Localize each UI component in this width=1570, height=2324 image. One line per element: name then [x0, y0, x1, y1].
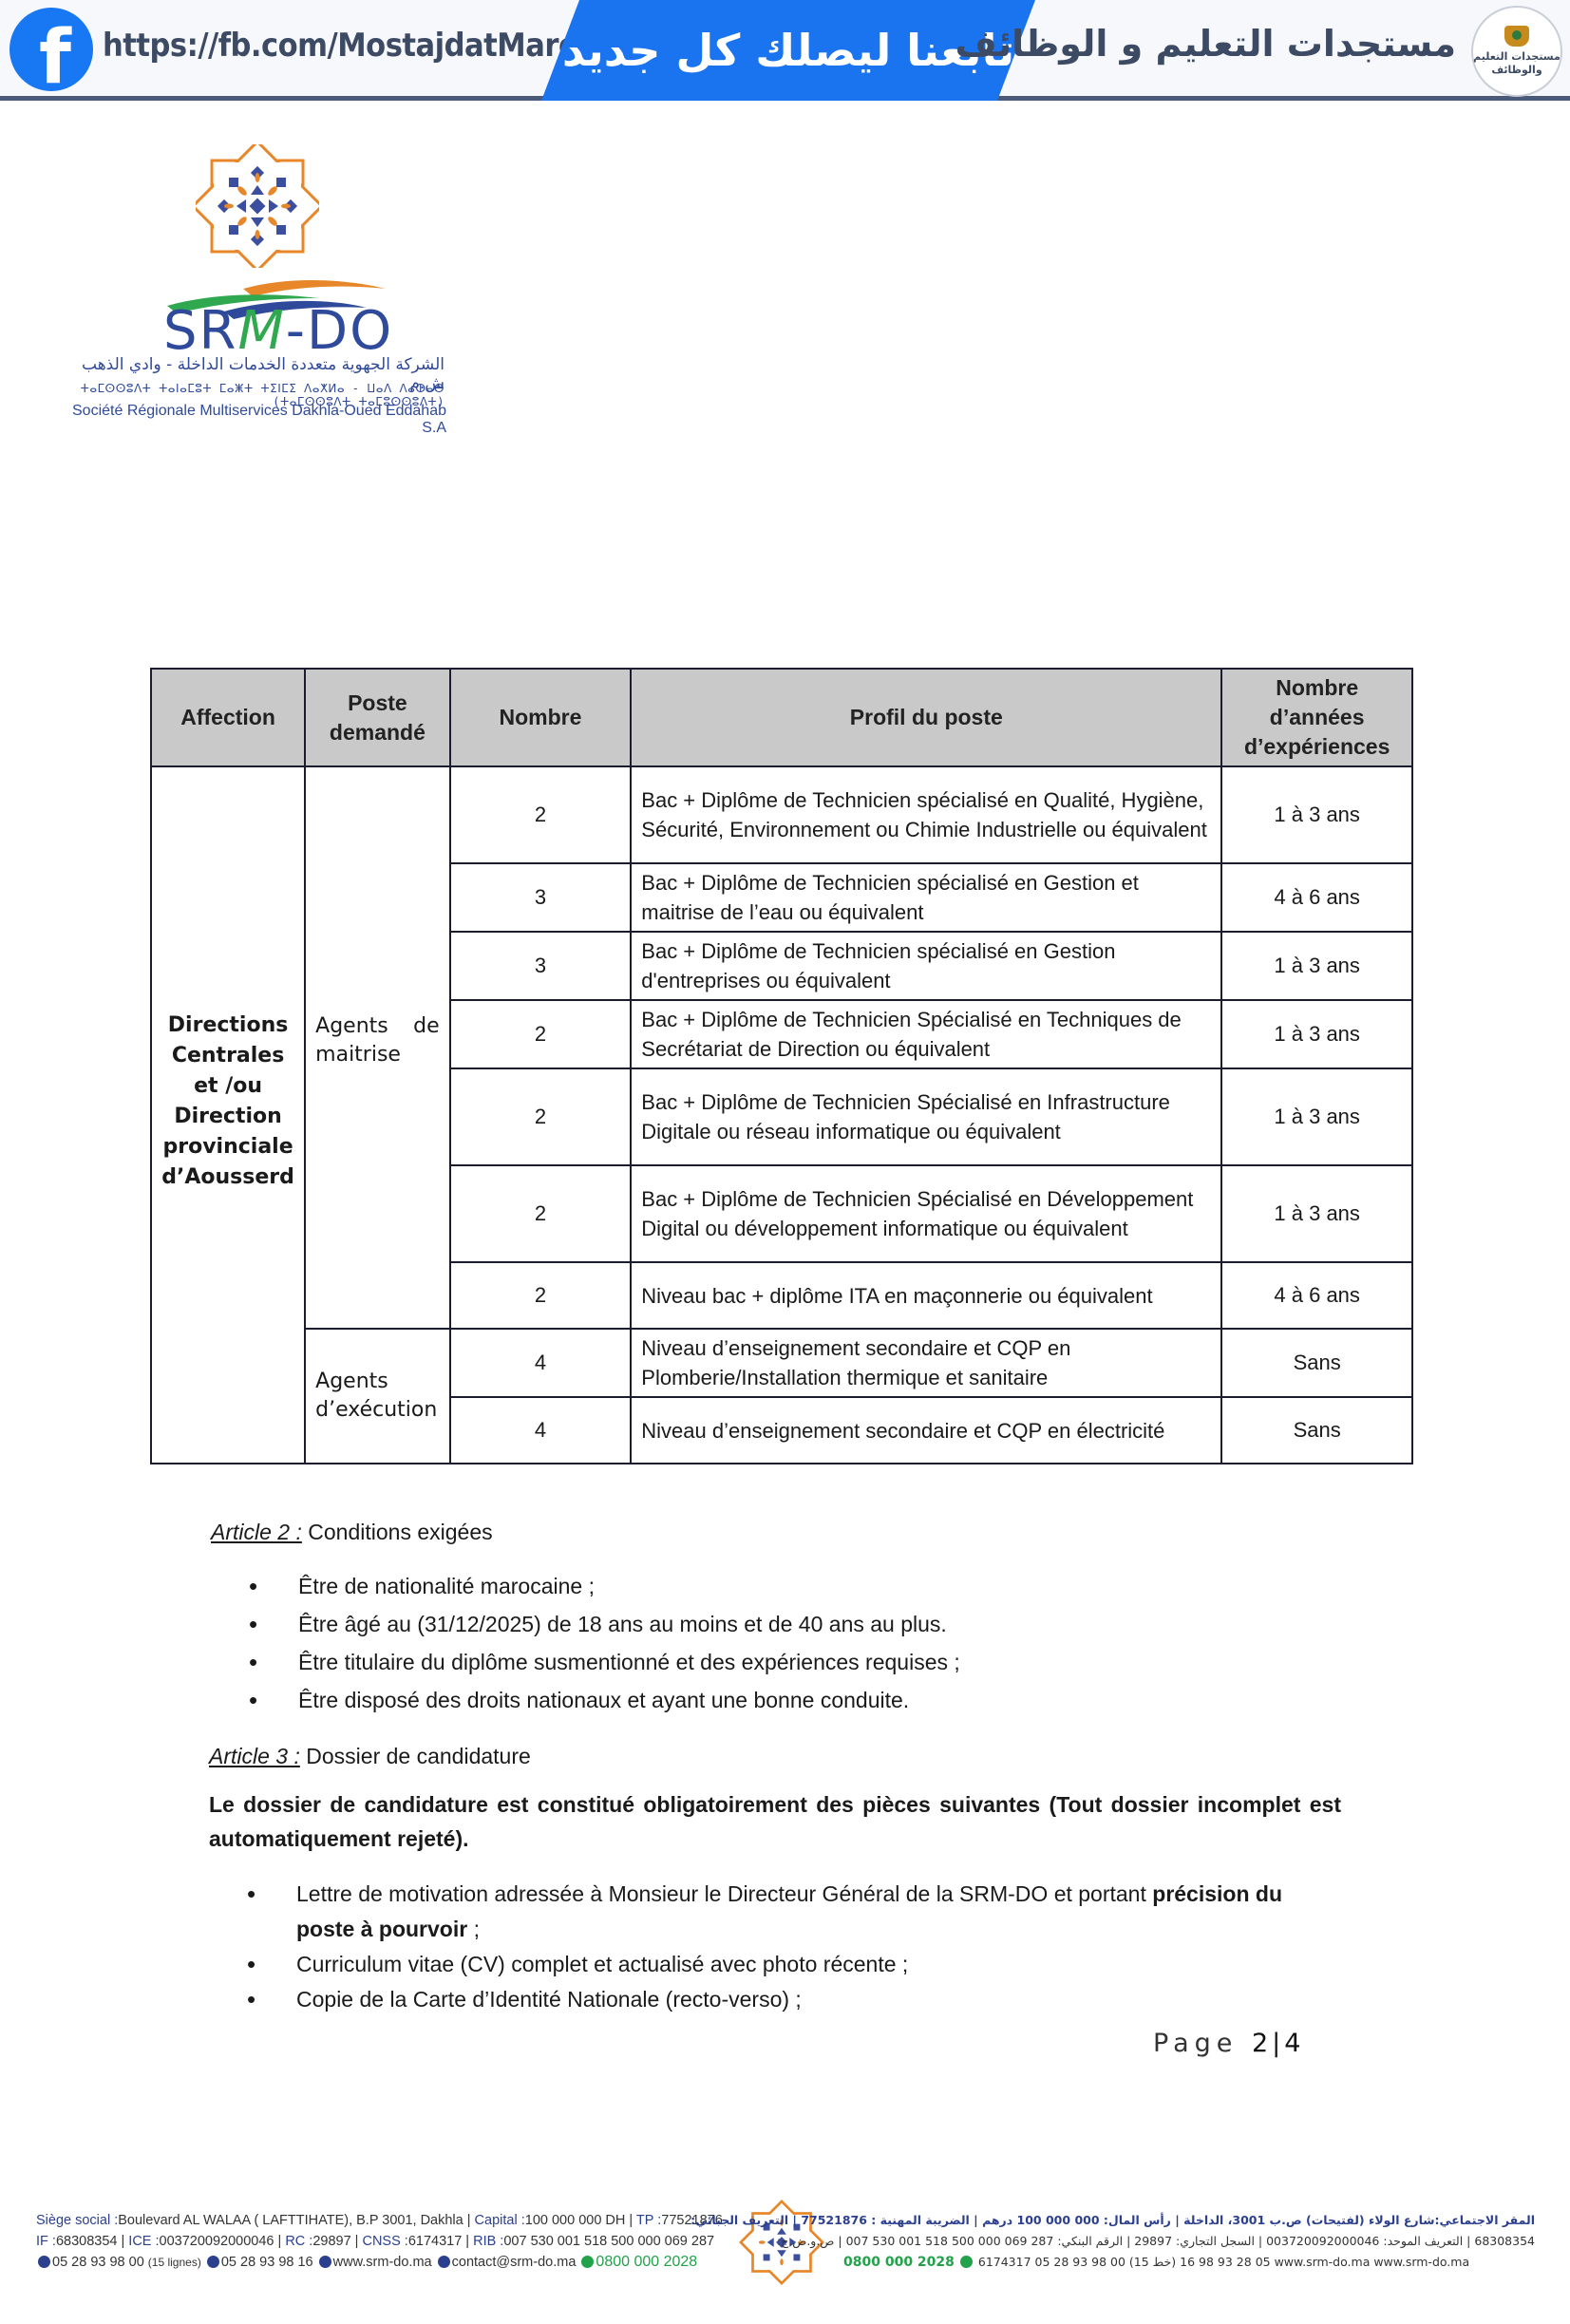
article-2-title: Article 2 : Conditions exigées	[211, 1516, 1341, 1548]
footer-ar-line-2: 68308354 | التعريف الموحد: 0037200920000…	[843, 2231, 1535, 2252]
profil-cell: Bac + Diplôme de Technicien spécialisé e…	[631, 932, 1221, 1000]
footer-line-3: 05 28 93 98 00 (15 lignes) 05 28 93 98 1…	[36, 2252, 720, 2273]
list-item: Être âgé au (31/12/2025) de 18 ans au mo…	[211, 1605, 1341, 1643]
footer-french: Siège social :Boulevard AL WALAA ( LAFTT…	[36, 2210, 720, 2273]
seal-text-line1: مستجدات التعليم	[1473, 50, 1561, 64]
job-positions-table: Affection Poste demandé Nombre Profil du…	[150, 668, 1413, 1464]
top-banner: f https://fb.com/MostajdatMaroc تابعنا ل…	[0, 0, 1570, 101]
profil-cell: Bac + Diplôme de Technicien spécialisé e…	[631, 766, 1221, 863]
email-link[interactable]: contact@srm-do.ma	[452, 2255, 577, 2270]
site-seal-logo: مستجدات التعليم والوظائف	[1471, 6, 1562, 97]
slogan-text: تابعنا ليصلك كل جديد	[562, 25, 1014, 76]
list-item: Être disposé des droits nationaux et aya…	[211, 1681, 1341, 1719]
profil-cell: Niveau d’enseignement secondaire et CQP …	[631, 1329, 1221, 1397]
profil-cell: Bac + Diplôme de Technicien Spécialisé e…	[631, 1000, 1221, 1068]
nombre-cell: 4	[450, 1329, 632, 1397]
profil-cell: Bac + Diplôme de Technicien Spécialisé e…	[631, 1068, 1221, 1165]
poste-cell: Agents de maitrise	[305, 766, 450, 1329]
footer-line-2: IF :68308354 | ICE :003720092000046 | RC…	[36, 2231, 720, 2252]
experience-cell: 1 à 3 ans	[1221, 1068, 1412, 1165]
nombre-cell: 2	[450, 1000, 632, 1068]
company-acronym: SRM-DO	[163, 300, 393, 362]
email-icon	[438, 2256, 450, 2268]
whatsapp-icon	[960, 2256, 973, 2268]
fax-icon	[207, 2256, 219, 2268]
profil-cell: Bac + Diplôme de Technicien spécialisé e…	[631, 863, 1221, 932]
table-row: Agents d’exécution4Niveau d’enseignement…	[151, 1329, 1412, 1397]
nombre-cell: 3	[450, 863, 632, 932]
footer-ar-line-1: المقر الاجتماعي:شارع الولاء (لفتيحات) ص.…	[843, 2210, 1535, 2231]
profil-cell: Niveau bac + diplôme ITA en maçonnerie o…	[631, 1262, 1221, 1329]
list-item: Être titulaire du diplôme susmentionné e…	[211, 1643, 1341, 1681]
facebook-url-link[interactable]: https://fb.com/MostajdatMaroc	[103, 27, 595, 65]
nombre-cell: 4	[450, 1397, 632, 1464]
experience-cell: 4 à 6 ans	[1221, 863, 1412, 932]
site-name: مستجدات التعليم و الوظائف	[955, 23, 1456, 65]
hotline-number[interactable]: 0800 000 2028	[596, 2254, 697, 2270]
article-2: Article 2 : Conditions exigées Être de n…	[211, 1516, 1341, 1719]
website-link[interactable]: www.srm-do.ma	[333, 2255, 432, 2270]
poste-cell: Agents d’exécution	[305, 1329, 450, 1464]
documents-list: Lettre de motivation adressée à Monsieur…	[209, 1877, 1341, 2017]
header-affectation: Affection	[151, 669, 305, 766]
footer-arabic: المقر الاجتماعي:شارع الولاء (لفتيحات) ص.…	[843, 2210, 1535, 2273]
conditions-list: Être de nationalité marocaine ; Être âgé…	[211, 1567, 1341, 1719]
experience-cell: 1 à 3 ans	[1221, 1165, 1412, 1262]
experience-cell: 1 à 3 ans	[1221, 932, 1412, 1000]
experience-cell: Sans	[1221, 1329, 1412, 1397]
facebook-icon[interactable]: f	[9, 8, 93, 91]
article-3-intro: Le dossier de candidature est constitué …	[209, 1787, 1341, 1856]
experience-cell: 1 à 3 ans	[1221, 1000, 1412, 1068]
nombre-cell: 2	[450, 1262, 632, 1329]
page-number: Page 2|4	[1153, 2029, 1304, 2058]
company-name-french: Société Régionale Multiservices Dakhla-O…	[66, 403, 446, 437]
experience-cell: 4 à 6 ans	[1221, 1262, 1412, 1329]
affectation-cell: Directions Centrales et /ou Direction pr…	[151, 766, 305, 1464]
list-item: Lettre de motivation adressée à Monsieur…	[209, 1877, 1341, 1947]
nombre-cell: 2	[450, 1165, 632, 1262]
nombre-cell: 2	[450, 1068, 632, 1165]
header-nombre: Nombre	[450, 669, 632, 766]
list-item: Copie de la Carte d’Identité Nationale (…	[209, 1982, 1341, 2017]
article-3-title: Article 3 : Dossier de candidature	[209, 1740, 1341, 1772]
list-item: Curriculum vitae (CV) complet et actuali…	[209, 1947, 1341, 1982]
whatsapp-icon	[581, 2256, 594, 2268]
article-3: Article 3 : Dossier de candidature Le do…	[209, 1740, 1341, 2017]
footer-ar-line-3: 0800 000 2028 6174317 05 28 93 98 00 (15…	[843, 2252, 1535, 2273]
table-row: Directions Centrales et /ou Direction pr…	[151, 766, 1412, 863]
footer-line-1: Siège social :Boulevard AL WALAA ( LAFTT…	[36, 2210, 720, 2231]
header-experience: Nombre d’années d’expériences	[1221, 669, 1412, 766]
experience-cell: Sans	[1221, 1397, 1412, 1464]
profil-cell: Bac + Diplôme de Technicien Spécialisé e…	[631, 1165, 1221, 1262]
table-header-row: Affection Poste demandé Nombre Profil du…	[151, 669, 1412, 766]
header-profil: Profil du poste	[631, 669, 1221, 766]
experience-cell: 1 à 3 ans	[1221, 766, 1412, 863]
moroccan-star-icon	[196, 144, 319, 268]
header-poste: Poste demandé	[305, 669, 450, 766]
seal-text-line2: والوظائف	[1491, 64, 1542, 77]
phone-icon	[38, 2256, 50, 2268]
footer-ar-hotline[interactable]: 0800 000 2028	[843, 2255, 955, 2270]
royal-crest-icon	[1504, 26, 1529, 47]
nombre-cell: 3	[450, 932, 632, 1000]
profil-cell: Niveau d’enseignement secondaire et CQP …	[631, 1397, 1221, 1464]
nombre-cell: 2	[450, 766, 632, 863]
globe-icon	[319, 2256, 331, 2268]
list-item: Être de nationalité marocaine ;	[211, 1567, 1341, 1605]
